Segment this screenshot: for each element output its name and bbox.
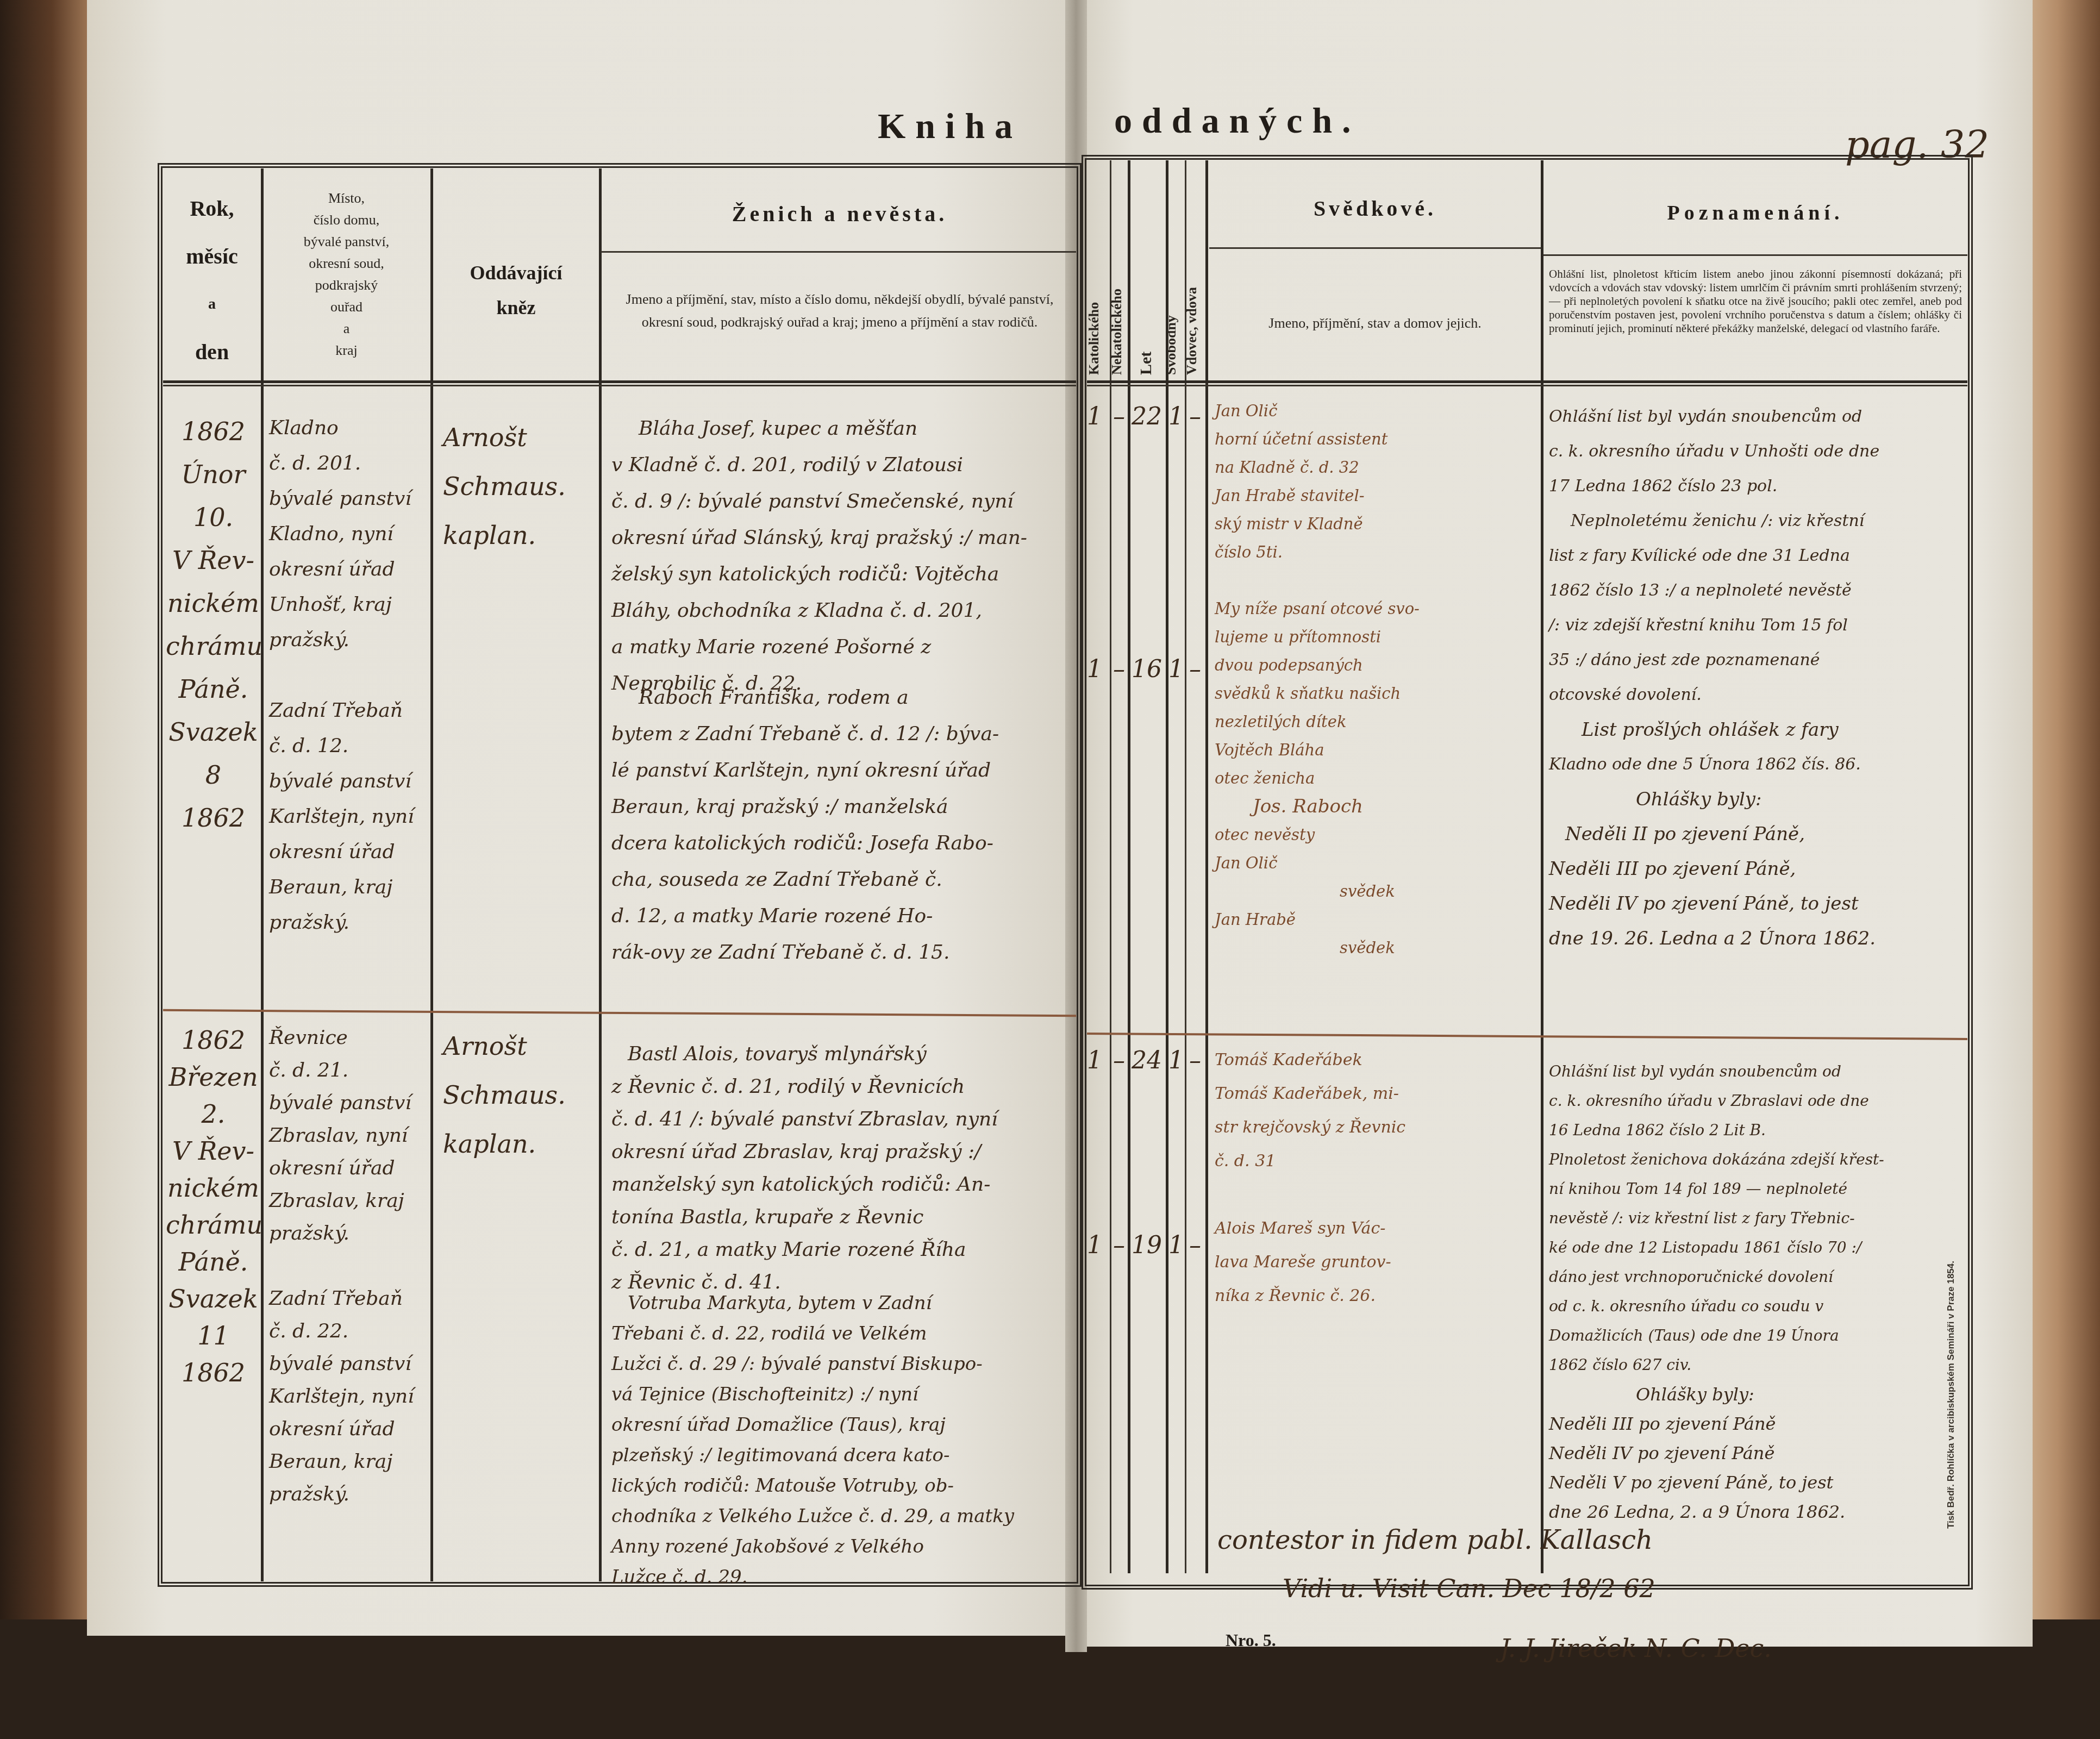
- header-date-line: Rok,: [163, 185, 261, 233]
- groom-line: tonína Bastla, krupaře z Řevnic: [611, 1201, 1073, 1234]
- remarks-line: otcovské dovolení.: [1549, 678, 1967, 712]
- bride-line: lé panství Karlštejn, nyní okresní úřad: [611, 752, 1073, 789]
- entry-date-line: 8: [166, 754, 261, 797]
- entry-1-remarks: Ohlášní list byl vydán snoubencům od c. …: [1549, 399, 1967, 956]
- entry-1-groom-noncatholic: –: [1113, 405, 1125, 429]
- bride-line: plzeňský :/ legitimovaná dcera kato-: [611, 1440, 1073, 1471]
- remarks-line: 16 Ledna 1862 číslo 2 Lit B.: [1549, 1116, 1967, 1145]
- priest-name-line: kaplan.: [443, 1119, 598, 1168]
- bride-line: Třebani č. d. 22, rodilá ve Velkém: [611, 1318, 1073, 1349]
- header-remarks-title: Poznamenání.: [1543, 201, 1967, 225]
- witness-signature: Tomáš Kadeřábek: [1215, 1043, 1541, 1077]
- entry-place-line: Zadní Třebaň: [269, 693, 432, 728]
- witness-line: dvou podepsaných: [1215, 651, 1541, 679]
- witness-signature: Jos. Raboch: [1215, 792, 1541, 821]
- remarks-line: Neděli II po zjevení Páně,: [1549, 817, 1967, 852]
- entry-2-groom-noncatholic: –: [1113, 1049, 1125, 1073]
- header-priest-line: kněz: [433, 290, 599, 325]
- entry-2-bride-single: 1: [1168, 1234, 1184, 1258]
- witness-line: str krejčovský z Řevnic: [1215, 1111, 1541, 1144]
- bride-line: rák-ovy ze Zadní Třebaně č. d. 15.: [611, 934, 1073, 971]
- bride-line: Beraun, kraj pražský :/ manželská: [611, 789, 1073, 825]
- remarks-line: 35 :/ dáno jest zde poznamenané: [1549, 643, 1967, 678]
- bride-line: okresní úřad Domažlice (Taus), kraj: [611, 1410, 1073, 1440]
- header-place-line: kraj: [264, 340, 429, 361]
- entry-place-line: bývalé panství: [269, 764, 432, 799]
- header-place: Místo, číslo domu, bývalé panství, okres…: [264, 187, 429, 361]
- entry-2-place: Řevnice č. d. 21. bývalé panství Zbrasla…: [269, 1022, 432, 1511]
- entry-date-line: V Řev-: [166, 539, 261, 582]
- header-bottom-rule: [163, 380, 1076, 383]
- header-subdivider: [1209, 247, 1541, 249]
- header-catholic: Katolického: [1086, 272, 1102, 375]
- entry-date-line: 11: [166, 1317, 261, 1354]
- groom-line: Bastl Alois, tovaryš mlynářský: [611, 1038, 1073, 1071]
- groom-line: č. d. 41 /: bývalé panství Zbraslav, nyn…: [611, 1103, 1073, 1136]
- witness-line: svědek: [1215, 877, 1541, 905]
- entry-2-groom-single: 1: [1168, 1049, 1184, 1073]
- header-priest: Oddávající kněz: [433, 255, 599, 325]
- entry-place-line: pražský.: [269, 1478, 432, 1511]
- entry-2-bride: Votruba Markyta, bytem v Zadní Třebani č…: [611, 1288, 1073, 1592]
- entry-1-groom-widowed: –: [1189, 405, 1201, 429]
- header-place-line: podkrajský: [264, 274, 429, 296]
- priest-name-line: Arnošt: [443, 413, 598, 462]
- header-date-line: a: [163, 280, 261, 328]
- header-single: Svobodný: [1163, 293, 1179, 375]
- entry-place-line: Zadní Třebaň: [269, 1283, 432, 1315]
- priest-name-line: Schmaus.: [443, 1071, 598, 1119]
- entry-1-date: 1862 Únor 10. V Řev- nickém chrámu Páně.…: [166, 410, 261, 840]
- witness-line: svědek: [1215, 934, 1541, 962]
- remarks-line: 17 Ledna 1862 číslo 23 pol.: [1549, 469, 1967, 504]
- entry-1-bride-single: 1: [1168, 658, 1184, 681]
- witness-signature: Jan Hrabě: [1215, 905, 1541, 934]
- entry-place-line: okresní úřad: [269, 1152, 432, 1185]
- entry-place-line: č. d. 22.: [269, 1315, 432, 1348]
- entry-date-line: Svazek: [166, 1280, 261, 1317]
- witness-line: My níže psaní otcové svo-: [1215, 595, 1541, 623]
- groom-line: okresní úřad Zbraslav, kraj pražský :/: [611, 1136, 1073, 1168]
- header-date-line: den: [163, 328, 261, 376]
- groom-line: a matky Marie rozené Pošorné z: [611, 629, 1073, 665]
- entry-date-line: Páně.: [166, 668, 261, 711]
- entry-date-line: V Řev-: [166, 1133, 261, 1169]
- entry-place-line: Unhošť, kraj: [269, 587, 432, 622]
- header-place-line: Místo,: [264, 187, 429, 209]
- entry-date-line: nickém: [166, 1169, 261, 1206]
- dean-signature: J. J. Jireček N. C. Dec.: [1500, 1636, 1772, 1661]
- entry-place-line: č. d. 21.: [269, 1054, 432, 1087]
- col-divider: [1205, 160, 1208, 1573]
- bride-line: lických rodičů: Matouše Votruby, ob-: [611, 1471, 1073, 1501]
- witness-line: nezletilých dítek: [1215, 708, 1541, 736]
- bride-line: Votruba Markyta, bytem v Zadní: [611, 1288, 1073, 1318]
- remarks-line: dáno jest vrchnoporučnické dovolení: [1549, 1262, 1967, 1292]
- bride-line: Lužce č. d. 29.: [611, 1562, 1073, 1592]
- header-subdivider: [601, 251, 1076, 253]
- entry-date-line: 1862: [166, 1354, 261, 1391]
- entry-2-witnesses: Tomáš Kadeřábek Tomáš Kadeřábek, mi- str…: [1215, 1043, 1541, 1313]
- entry-place-line: pražský.: [269, 905, 432, 940]
- entry-2-remarks: Ohlášní list byl vydán snoubencům od c. …: [1549, 1057, 1967, 1527]
- groom-line: č. d. 21, a matky Marie rozené Říha: [611, 1234, 1073, 1266]
- witness-line: č. d. 31: [1215, 1144, 1541, 1178]
- entry-place-line: Karlštejn, nyní: [269, 1380, 432, 1413]
- col-divider: [1128, 160, 1130, 1573]
- bride-line: Lužci č. d. 29 /: bývalé panství Biskupo…: [611, 1349, 1073, 1379]
- remarks-line: 1862 číslo 13 :/ a neplnoleté nevěstě: [1549, 573, 1967, 608]
- register-title-right: oddaných.: [1114, 101, 1361, 142]
- witness-line: ský mistr v Kladně: [1215, 510, 1541, 538]
- col-divider: [1541, 160, 1543, 1573]
- book-binding-right: [2029, 0, 2100, 1739]
- entry-date-line: 2.: [166, 1096, 261, 1133]
- entry-2-groom-catholic: 1: [1087, 1049, 1102, 1073]
- entry-1-bride-catholic: 1: [1087, 658, 1102, 681]
- entry-place-line: Beraun, kraj: [269, 869, 432, 905]
- entry-place-line: Zbraslav, kraj: [269, 1185, 432, 1217]
- priest-name-line: Schmaus.: [443, 462, 598, 511]
- witness-line: lava Mareše gruntov-: [1215, 1246, 1541, 1279]
- witness-line: horní účetní assistent: [1215, 425, 1541, 453]
- remarks-line: Ohlášky byly:: [1549, 782, 1967, 817]
- header-couple-title: Ženich a nevěsta.: [603, 201, 1076, 227]
- header-bottom-rule: [163, 385, 1076, 386]
- priest-name-line: Arnošt: [443, 1022, 598, 1071]
- remarks-line: List prošlých ohlášek z fary: [1549, 712, 1967, 747]
- certification-note: contestor in fidem pabl. Kallasch: [1217, 1527, 1653, 1553]
- remarks-line: Ohlášní list byl vydán snoubencům od: [1549, 399, 1967, 434]
- bride-line: chodníka z Velkého Lužce č. d. 29, a mat…: [611, 1501, 1073, 1531]
- remarks-line: c. k. okresního úřadu v Zbraslavi ode dn…: [1549, 1086, 1967, 1116]
- entry-place-line: bývalé panství: [269, 481, 432, 516]
- bride-line: dcera katolických rodičů: Josefa Rabo-: [611, 825, 1073, 861]
- entry-2-bride-catholic: 1: [1087, 1234, 1102, 1258]
- witness-line: [1215, 1178, 1541, 1212]
- entry-place-line: [269, 658, 432, 693]
- header-place-line: okresní soud,: [264, 253, 429, 274]
- witness-line: na Kladně č. d. 32: [1215, 453, 1541, 481]
- groom-line: manželský syn katolických rodičů: An-: [611, 1168, 1073, 1201]
- bride-line: d. 12, a matky Marie rozené Ho-: [611, 898, 1073, 934]
- groom-line: Bláhy, obchodníka z Kladna č. d. 201,: [611, 592, 1073, 629]
- header-witnesses-title: Svědkové.: [1209, 196, 1541, 221]
- remarks-line: Neděli V po zjevení Páně, to jest: [1549, 1468, 1967, 1497]
- entry-2-bride-age: 19: [1132, 1234, 1162, 1258]
- entry-2-groom: Bastl Alois, tovaryš mlynářský z Řevnic …: [611, 1038, 1073, 1299]
- remarks-line: ké ode dne 12 Listopadu 1861 číslo 70 :/: [1549, 1233, 1967, 1262]
- witness-line: číslo 5ti.: [1215, 538, 1541, 566]
- entry-2-date: 1862 Březen 2. V Řev- nickém chrámu Páně…: [166, 1022, 261, 1391]
- witness-signature: Jan Olič: [1215, 849, 1541, 877]
- entry-1-groom-single: 1: [1168, 405, 1184, 429]
- entry-place-line: okresní úřad: [269, 834, 432, 869]
- entry-date-line: chrámu: [166, 625, 261, 668]
- printer-imprint: Tisk Bedř. Rohlíčka v arcibiskupském Sem…: [1946, 1261, 1957, 1529]
- remarks-line: dne 26 Ledna, 2. a 9 Února 1862.: [1549, 1497, 1967, 1527]
- remarks-line: Plnoletost ženichova dokázána zdejší kře…: [1549, 1145, 1967, 1174]
- entry-place-line: okresní úřad: [269, 1413, 432, 1446]
- remarks-line: Domažlicích (Taus) ode dne 19 Února: [1549, 1321, 1967, 1350]
- header-place-line: číslo domu,: [264, 209, 429, 231]
- remarks-line: Neděli IV po zjevení Páně: [1549, 1438, 1967, 1468]
- witness-line: Jan Olič: [1215, 397, 1541, 425]
- witness-line: lujeme u přítomnosti: [1215, 623, 1541, 651]
- witness-line: Jan Hrabě stavitel-: [1215, 481, 1541, 510]
- entry-date-line: nickém: [166, 582, 261, 625]
- remarks-line: ní knihou Tom 14 fol 189 — neplnoleté: [1549, 1174, 1967, 1204]
- entry-place-line: Kladno: [269, 410, 432, 446]
- entry-2-bride-noncatholic: –: [1113, 1234, 1125, 1258]
- witness-line: otec nevěsty: [1215, 821, 1541, 849]
- visitation-note: Vidi u. Visit Can. Dec 18/2 62: [1283, 1576, 1655, 1601]
- groom-line: v Kladně č. d. 201, rodilý v Zlatousi: [611, 447, 1073, 483]
- entry-date-line: Březen: [166, 1059, 261, 1096]
- entry-date-line: 1862: [166, 1022, 261, 1059]
- entry-place-line: bývalé panství: [269, 1348, 432, 1380]
- bride-line: vá Tejnice (Bischofteinitz) :/ nyní: [611, 1379, 1073, 1410]
- entry-1-witnesses: Jan Olič horní účetní assistent na Kladn…: [1215, 397, 1541, 962]
- entry-1-bride-widowed: –: [1189, 658, 1201, 681]
- remarks-line: Kladno ode dne 5 Února 1862 čís. 86.: [1549, 747, 1967, 782]
- entry-place-line: Zbraslav, nyní: [269, 1119, 432, 1152]
- header-date-line: měsíc: [163, 233, 261, 280]
- header-noncatholic: Nekatolického: [1109, 255, 1125, 375]
- header-remarks-sub: Ohlášní list, plnoletost křticím listem …: [1549, 267, 1962, 335]
- entry-date-line: 1862: [166, 410, 261, 453]
- witness-line: [1215, 566, 1541, 595]
- header-priest-line: Oddávající: [433, 255, 599, 290]
- entry-1-groom-age: 22: [1132, 405, 1162, 429]
- register-title-left: Kniha: [878, 106, 1022, 147]
- witness-line: Tomáš Kadeřábek, mi-: [1215, 1077, 1541, 1111]
- remarks-line: Neděli III po zjevení Páně: [1549, 1409, 1967, 1438]
- entry-1-place: Kladno č. d. 201. bývalé panství Kladno,…: [269, 410, 432, 940]
- entry-place-line: č. d. 201.: [269, 446, 432, 481]
- witness-line: níka z Řevnic č. 26.: [1215, 1279, 1541, 1313]
- header-age: Let: [1137, 337, 1155, 375]
- remarks-line: list z fary Kvílické ode dne 31 Ledna: [1549, 539, 1967, 573]
- header-bottom-rule: [1087, 385, 1967, 386]
- entry-2-groom-age: 24: [1132, 1049, 1162, 1073]
- entry-date-line: Svazek: [166, 711, 261, 754]
- remarks-line: c. k. okresního úřadu v Unhošti ode dne: [1549, 434, 1967, 469]
- entry-2-groom-widowed: –: [1189, 1049, 1201, 1073]
- entry-2-bride-widowed: –: [1189, 1234, 1201, 1258]
- witness-line: otec ženicha: [1215, 764, 1541, 792]
- bride-line: cha, souseda ze Zadní Třebaně č.: [611, 861, 1073, 898]
- remarks-line: Neděli IV po zjevení Páně, to jest: [1549, 886, 1967, 921]
- entry-place-line: Beraun, kraj: [269, 1446, 432, 1478]
- entry-place-line: okresní úřad: [269, 552, 432, 587]
- witness-line: Alois Mareš syn Vác-: [1215, 1212, 1541, 1246]
- entry-place-line: bývalé panství: [269, 1087, 432, 1119]
- bride-line: Raboch Františka, rodem a: [611, 679, 1073, 716]
- header-couple-sub: Jmeno a příjmění, stav, místo a číslo do…: [611, 288, 1068, 334]
- header-place-line: ouřad: [264, 296, 429, 318]
- header-bottom-rule: [1087, 380, 1967, 383]
- entry-date-line: Únor: [166, 453, 261, 496]
- witness-signature: Vojtěch Bláha: [1215, 736, 1541, 764]
- entry-place-line: pražský.: [269, 622, 432, 658]
- header-witnesses-sub: Jmeno, příjmění, stav a domov jejich.: [1209, 315, 1541, 331]
- remarks-line: /: viz zdejší křestní knihu Tom 15 fol: [1549, 608, 1967, 643]
- entry-place-line: Řevnice: [269, 1022, 432, 1054]
- header-subdivider: [1543, 254, 1967, 256]
- remarks-line: od c. k. okresního úřadu co soudu v: [1549, 1292, 1967, 1321]
- remarks-line: Neděli III po zjevení Páně,: [1549, 852, 1967, 886]
- bride-line: Anny rozené Jakobšové z Velkého: [611, 1531, 1073, 1562]
- remarks-line: 1862 číslo 627 civ.: [1549, 1350, 1967, 1380]
- header-date: Rok, měsíc a den: [163, 185, 261, 376]
- groom-line: okresní úřad Slánský, kraj pražský :/ ma…: [611, 520, 1073, 556]
- entry-2-priest: Arnošt Schmaus. kaplan.: [443, 1022, 598, 1168]
- header-widowed: Vdovec, vdova: [1184, 255, 1200, 375]
- remarks-line: Ohlášky byly:: [1549, 1380, 1967, 1409]
- remarks-line: Neplnoletému ženichu /: viz křestní: [1549, 504, 1967, 539]
- groom-line: želský syn katolických rodičů: Vojtěcha: [611, 556, 1073, 592]
- entry-date-line: 10.: [166, 496, 261, 539]
- entry-place-line: Kladno, nyní: [269, 516, 432, 552]
- entry-place-line: č. d. 12.: [269, 728, 432, 764]
- header-place-line: a: [264, 318, 429, 340]
- bride-line: bytem z Zadní Třebaně č. d. 12 /: býva-: [611, 716, 1073, 752]
- entry-place-line: Karlštejn, nyní: [269, 799, 432, 834]
- priest-name-line: kaplan.: [443, 511, 598, 560]
- header-place-line: bývalé panství,: [264, 231, 429, 253]
- entry-date-line: 1862: [166, 797, 261, 840]
- entry-1-priest: Arnošt Schmaus. kaplan.: [443, 413, 598, 560]
- form-number: Nro. 5.: [1226, 1630, 1276, 1650]
- groom-line: z Řevnic č. d. 21, rodilý v Řevnicích: [611, 1071, 1073, 1103]
- groom-line: Bláha Josef, kupec a měšťan: [611, 410, 1073, 447]
- entry-1-bride: Raboch Františka, rodem a bytem z Zadní …: [611, 679, 1073, 971]
- entry-place-line: pražský.: [269, 1217, 432, 1250]
- entry-place-line: [269, 1250, 432, 1283]
- entry-date-line: Páně.: [166, 1243, 261, 1280]
- entry-1-bride-noncatholic: –: [1113, 658, 1125, 681]
- entry-date-line: chrámu: [166, 1206, 261, 1243]
- groom-line: č. d. 9 /: bývalé panství Smečenské, nyn…: [611, 483, 1073, 520]
- entry-1-bride-age: 16: [1132, 658, 1162, 681]
- remarks-line: Ohlášní list byl vydán snoubencům od: [1549, 1057, 1967, 1086]
- entry-1-groom-catholic: 1: [1087, 405, 1102, 429]
- witness-line: svědků k sňatku našich: [1215, 679, 1541, 708]
- remarks-line: nevěstě /: viz křestní list z fary Třebn…: [1549, 1204, 1967, 1233]
- remarks-line: dne 19. 26. Ledna a 2 Února 1862.: [1549, 921, 1967, 956]
- entry-1-groom: Bláha Josef, kupec a měšťan v Kladně č. …: [611, 410, 1073, 702]
